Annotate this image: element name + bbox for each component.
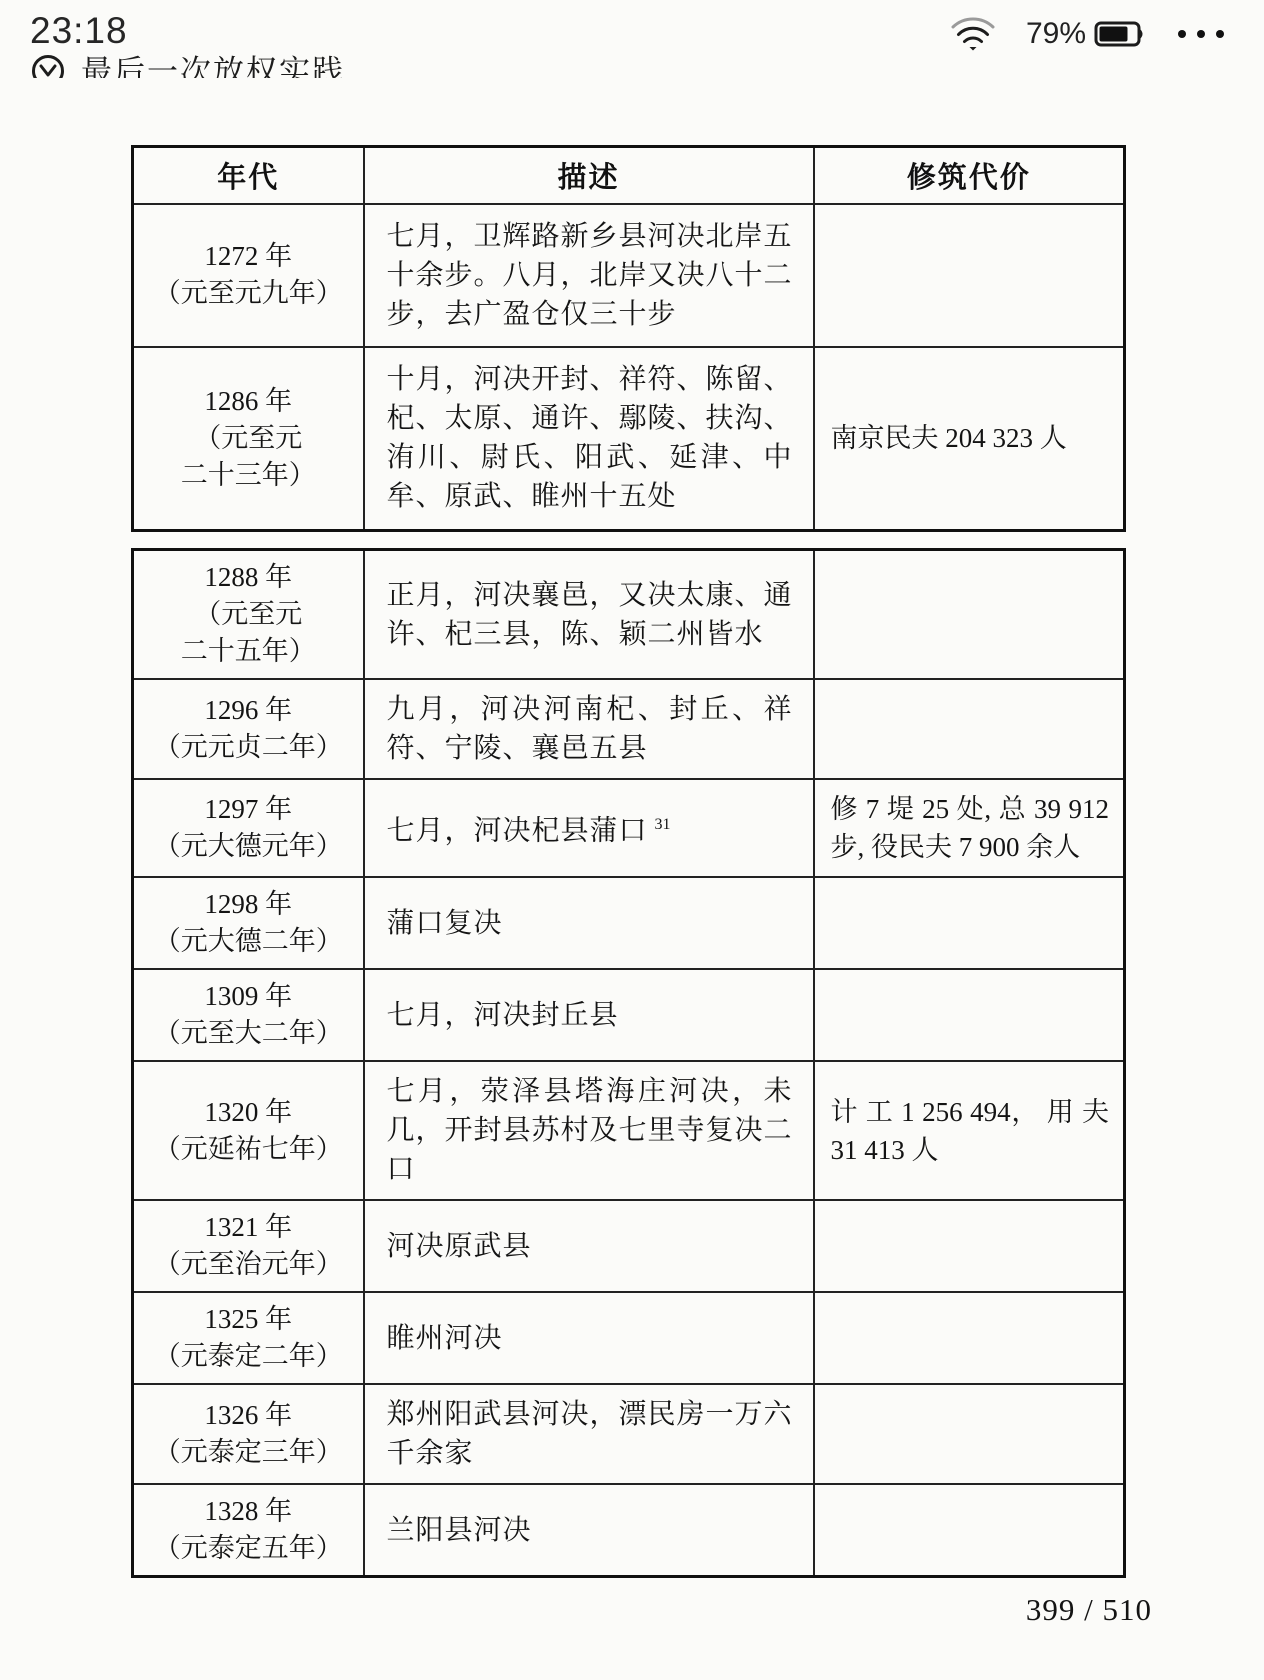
chapter-header: 最后一次放权实践 [30,53,345,78]
description-cell: 兰阳县河决 [364,1484,814,1577]
description-cell: 正月，河决襄邑，又决太康、通许、杞三县，陈、颖二州皆水 [364,550,814,680]
description-cell: 蒲口复决 [364,877,814,969]
clock-icon [30,53,66,78]
table-row: 1321 年（元至治元年）河决原武县 [133,1200,1125,1292]
year-cell: 1286 年（元至元二十三年） [133,347,364,531]
wifi-icon [950,16,996,52]
year-cell: 1320 年（元延祐七年） [133,1061,364,1200]
battery-percent-label: 79% [1026,17,1086,51]
year-cell: 1272 年（元至元九年） [133,204,364,347]
footnote-marker: 31 [655,816,671,833]
table-row: 1288 年（元至元二十五年）正月，河决襄邑，又决太康、通许、杞三县，陈、颖二州… [133,550,1125,680]
cost-cell [814,1292,1125,1384]
cost-cell [814,679,1125,779]
table-row: 1297 年（元大德元年）七月，河决杞县蒲口31修 7 堤 25 处, 总 39… [133,779,1125,877]
chapter-title-label: 最后一次放权实践 [81,53,345,78]
more-menu-button[interactable] [1176,24,1226,44]
year-cell: 1309 年（元至大二年） [133,969,364,1061]
cost-cell: 修 7 堤 25 处, 总 39 912 步, 役民夫 7 900 余人 [814,779,1125,877]
year-cell: 1297 年（元大德元年） [133,779,364,877]
table-row: 1320 年（元延祐七年）七月，荥泽县塔海庄河决，未几，开封县苏村及七里寺复决二… [133,1061,1125,1200]
table-row: 1296 年（元元贞二年）九月，河决河南杞、封丘、祥符、宁陵、襄邑五县 [133,679,1125,779]
table-row: 1328 年（元泰定五年）兰阳县河决 [133,1484,1125,1577]
year-cell: 1321 年（元至治元年） [133,1200,364,1292]
column-header-year: 年代 [133,147,364,204]
battery-icon [1094,20,1146,48]
year-cell: 1325 年（元泰定二年） [133,1292,364,1384]
cost-cell [814,204,1125,347]
description-cell: 七月，河决封丘县 [364,969,814,1061]
table-row: 1309 年（元至大二年）七月，河决封丘县 [133,969,1125,1061]
description-cell: 睢州河决 [364,1292,814,1384]
table-row: 1286 年（元至元二十三年）十月，河决开封、祥符、陈留、杞、太原、通许、鄢陵、… [133,347,1125,531]
description-cell: 河决原武县 [364,1200,814,1292]
description-cell: 七月，河决杞县蒲口31 [364,779,814,877]
year-cell: 1328 年（元泰定五年） [133,1484,364,1577]
cost-cell [814,1384,1125,1484]
description-cell: 七月，荥泽县塔海庄河决，未几，开封县苏村及七里寺复决二口 [364,1061,814,1200]
cost-cell [814,1200,1125,1292]
description-cell: 九月，河决河南杞、封丘、祥符、宁陵、襄邑五县 [364,679,814,779]
cost-cell [814,550,1125,680]
table-header-row: 年代 描述 修筑代价 [133,147,1125,204]
year-cell: 1298 年（元大德二年） [133,877,364,969]
column-header-description: 描述 [364,147,814,204]
column-header-cost: 修筑代价 [814,147,1125,204]
cost-cell: 计 工 1 256 494， 用 夫 31 413 人 [814,1061,1125,1200]
year-cell: 1288 年（元至元二十五年） [133,550,364,680]
cost-cell [814,877,1125,969]
description-cell: 郑州阳武县河决，漂民房一万六千余家 [364,1384,814,1484]
clock-time-label: 23:18 [30,10,128,52]
description-cell: 七月，卫辉路新乡县河决北岸五十余步。八月，北岸又决八十二步，去广盈仓仅三十步 [364,204,814,347]
cost-cell: 南京民夫 204 323 人 [814,347,1125,531]
table-row: 1326 年（元泰定三年）郑州阳武县河决，漂民房一万六千余家 [133,1384,1125,1484]
table-row: 1272 年（元至元九年）七月，卫辉路新乡县河决北岸五十余步。八月，北岸又决八十… [133,204,1125,347]
cost-cell [814,969,1125,1061]
table-row: 1298 年（元大德二年）蒲口复决 [133,877,1125,969]
page-indicator: 399 / 510 [1026,1592,1152,1628]
year-cell: 1296 年（元元贞二年） [133,679,364,779]
flood-record-table-block-1: 年代 描述 修筑代价 1272 年（元至元九年）七月，卫辉路新乡县河决北岸五十余… [131,145,1126,532]
cost-cell [814,1484,1125,1577]
description-cell: 十月，河决开封、祥符、陈留、杞、太原、通许、鄢陵、扶沟、洧川、尉氏、阳武、延津、… [364,347,814,531]
year-cell: 1326 年（元泰定三年） [133,1384,364,1484]
table-row: 1325 年（元泰定二年）睢州河决 [133,1292,1125,1384]
status-bar: 23:18 79% [0,0,1264,56]
flood-record-table-block-2: 1288 年（元至元二十五年）正月，河决襄邑，又决太康、通许、杞三县，陈、颖二州… [131,548,1126,1578]
